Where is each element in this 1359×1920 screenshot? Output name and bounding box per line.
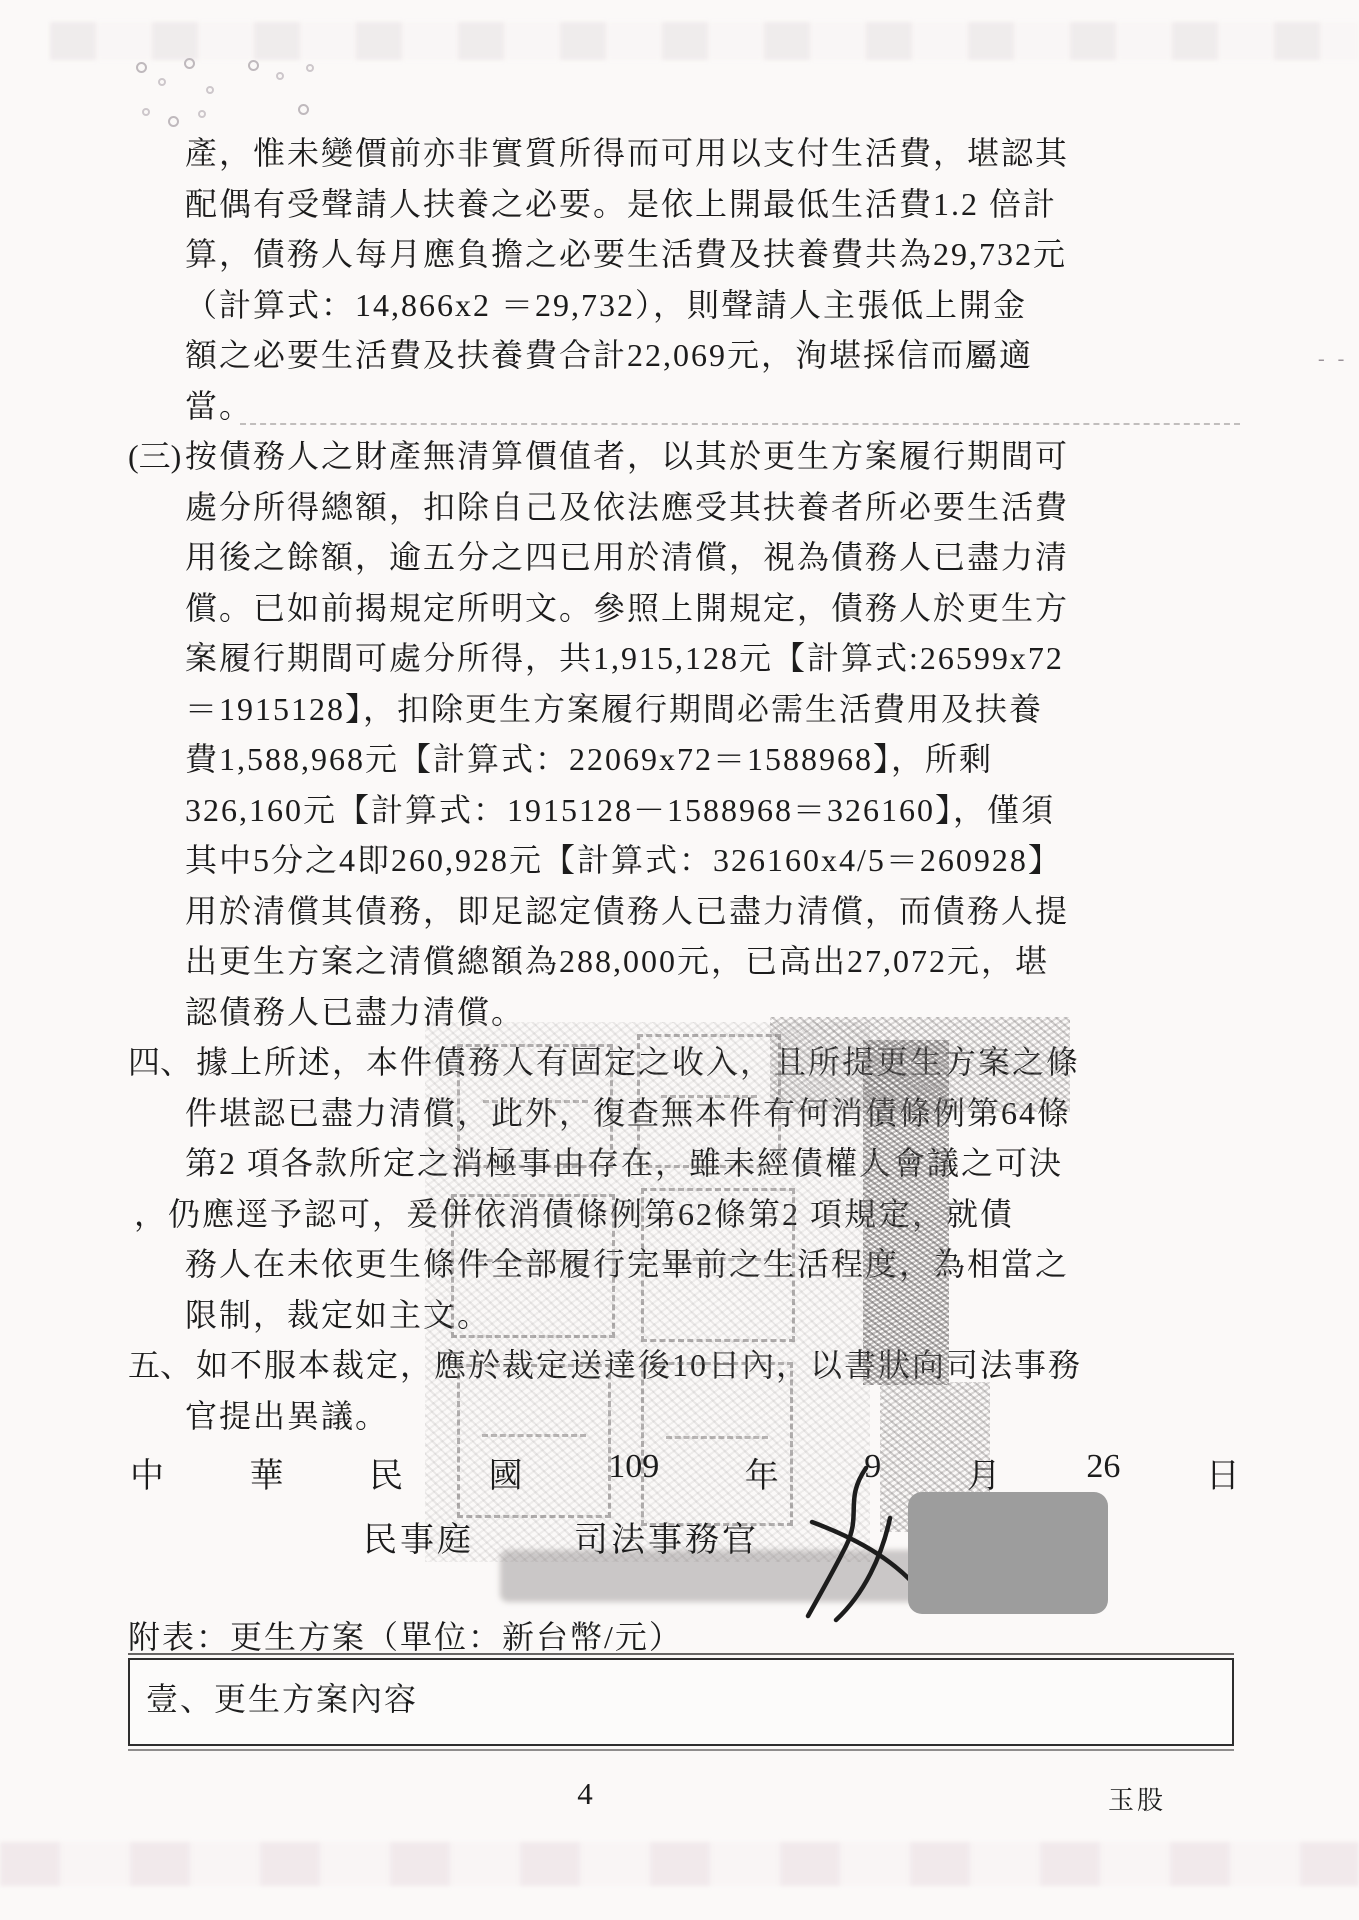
text-line: 326,160元【計算式：1915128－1588968＝326160】，僅須	[128, 785, 1243, 836]
text-line: 當。	[128, 381, 1243, 432]
text-line: 五、如不服本裁定，應於裁定送達後10日內，以書狀向司法事務	[128, 1340, 1243, 1391]
text-line: 限制，裁定如主文。	[128, 1290, 1243, 1341]
court-division-label: 民事庭	[363, 1522, 474, 1559]
text-line: 件堪認已盡力清償，此外，復查無本件有何消債條例第64條	[128, 1088, 1243, 1139]
attachment-caption: 附表：更生方案（單位：新台幣/元）	[128, 1612, 683, 1658]
scan-smudge-bottom	[0, 1842, 1359, 1886]
text-line: ，仍應逕予認可，爰併依消債條例第62條第2 項規定，就債	[128, 1189, 1243, 1240]
text-line: 出更生方案之清償總額為288,000元，已高出27,072元，堪	[128, 936, 1243, 987]
date-part: 國	[489, 1448, 523, 1497]
document-page: - - 產，惟未變價前亦非實質所得而可用以支付生活費，堪認其 配偶有受聲請人扶養…	[0, 0, 1359, 1920]
date-part: 年	[745, 1448, 779, 1497]
attachment-table-header: 壹、更生方案內容	[128, 1658, 1234, 1746]
text-line: 費1,588,968元【計算式：22069x72＝1588968】，所剩	[128, 734, 1243, 785]
text-line: 處分所得總額，扣除自己及依法應受其扶養者所必要生活費	[128, 482, 1243, 533]
text-line: ＝1915128】，扣除更生方案履行期間必需生活費用及扶養	[128, 684, 1243, 735]
date-part: 日	[1206, 1448, 1240, 1497]
text-line: (三)按債務人之財產無清算價值者，以其於更生方案履行期間可	[128, 431, 1243, 482]
clerk-signature	[792, 1460, 927, 1625]
text-line: 償。已如前揭規定所明文。參照上開規定，債務人於更生方	[128, 583, 1243, 634]
scan-smudge-top	[50, 22, 1359, 60]
text-line: 務人在未依更生條件全部履行完畢前之生活程度，為相當之	[128, 1239, 1243, 1290]
text-line: 額之必要生活費及扶養費合計22,069元，洵堪採信而屬適	[128, 330, 1243, 381]
text-line: 產，惟未變價前亦非實質所得而可用以支付生活費，堪認其	[128, 128, 1243, 179]
section-marker: 四、	[128, 1037, 196, 1088]
date-line: 中 華 民 國 109 年 9 月 26 日	[130, 1448, 1240, 1497]
clerk-title-label: 司法事務官	[574, 1522, 759, 1559]
date-part: 月	[967, 1448, 1001, 1497]
desk-label: 玉股	[1108, 1780, 1166, 1817]
page-number: 4	[540, 1776, 630, 1812]
text-line: 四、據上所述，本件債務人有固定之收入，且所提更生方案之條	[128, 1037, 1243, 1088]
text-line: 用後之餘額，逾五分之四已用於清償，視為債務人已盡力清	[128, 532, 1243, 583]
text-line: 用於清償其債務，即足認定債務人已盡力清償，而債務人提	[128, 886, 1243, 937]
date-part: 26	[1086, 1448, 1120, 1497]
text-line: （計算式：14,866x2 ＝29,732），則聲請人主張低上開金	[128, 280, 1243, 331]
date-part: 民	[369, 1448, 403, 1497]
section-marker: 五、	[128, 1340, 196, 1391]
scan-edge-marks: - -	[1318, 348, 1352, 371]
scan-dashed-line	[240, 423, 1240, 425]
date-part: 109	[608, 1448, 659, 1497]
text-line: 配偶有受聲請人扶養之必要。是依上開最低生活費1.2 倍計	[128, 179, 1243, 230]
section-marker: (三)	[128, 431, 185, 482]
date-part: 華	[250, 1448, 284, 1497]
text-line: 算，債務人每月應負擔之必要生活費及扶養費共為29,732元	[128, 229, 1243, 280]
signature-row: 民事庭司法事務官	[363, 1512, 759, 1561]
redaction-box	[908, 1492, 1108, 1614]
text-line: 其中5分之4即260,928元【計算式：326160x4/5＝260928】	[128, 835, 1243, 886]
attachment-box-heading: 壹、更生方案內容	[130, 1660, 1232, 1720]
text-line: 官提出異議。	[128, 1391, 1243, 1442]
text-line: 認債務人已盡力清償。	[128, 987, 1243, 1038]
date-part: 中	[130, 1448, 164, 1497]
text-line: 第2 項各款所定之消極事由存在，雖未經債權人會議之可決	[128, 1138, 1243, 1189]
text-line: 案履行期間可處分所得，共1,915,128元【計算式:26599x72	[128, 633, 1243, 684]
ruling-body: 產，惟未變價前亦非實質所得而可用以支付生活費，堪認其 配偶有受聲請人扶養之必要。…	[128, 128, 1243, 1441]
